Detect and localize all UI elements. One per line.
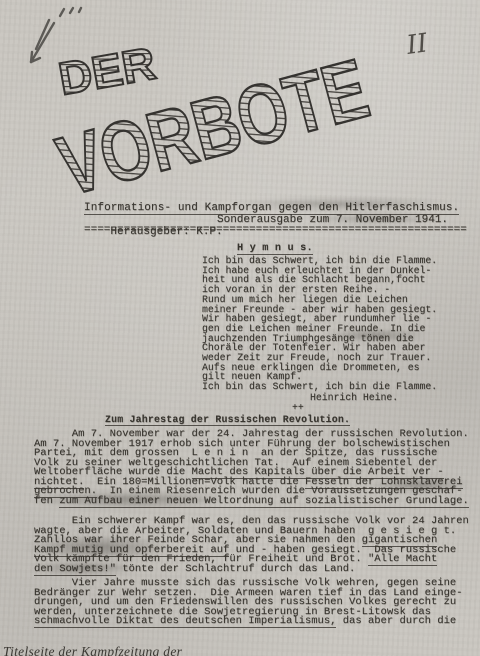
text-segment: zum Aufbau einer neuen Weltordnung auf s… bbox=[59, 495, 469, 508]
text-segment: das aber durch die bbox=[336, 615, 456, 627]
text-segment: tönte der Schlachtruf durch das Land. bbox=[116, 563, 355, 575]
scanned-newsletter-page: DER VORBOTE II Informations- und Kampfor… bbox=[0, 0, 480, 656]
text-segment: schmachvolle Diktat des deutschen Imperi… bbox=[34, 615, 336, 628]
paragraph: Vier Jahre musste sich das russische Vol… bbox=[34, 579, 462, 627]
article-body: Am 7. November war der 24. Jahrestag der… bbox=[34, 0, 480, 656]
text-line: schmachvolle Diktat des deutschen Imperi… bbox=[34, 617, 462, 627]
text-segment: fen bbox=[34, 495, 59, 507]
paragraph: Am 7. November war der 24. Jahrestag der… bbox=[34, 430, 469, 506]
photo-caption: Titelseite der Kampfzeitung der bbox=[3, 644, 182, 656]
text-segment: "Alle Macht bbox=[368, 553, 437, 566]
text-line: fen zum Aufbau einer neuen Weltordnung a… bbox=[34, 497, 469, 507]
paragraph: Ein schwerer Kampf war es, den das russi… bbox=[34, 517, 469, 574]
text-segment: den Sowjets!" bbox=[34, 563, 116, 576]
